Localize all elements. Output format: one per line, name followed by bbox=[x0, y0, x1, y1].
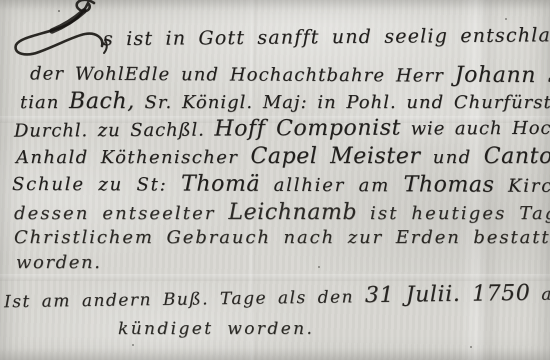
paper-speck bbox=[505, 18, 507, 20]
text-segment: Kirchhoff, bbox=[495, 176, 550, 197]
manuscript-line-1: s ist in Gott sanfft und seelig entschla… bbox=[103, 24, 550, 50]
name-bach: Bach, bbox=[69, 89, 135, 114]
text-segment: Schule zu St: bbox=[12, 174, 181, 196]
paper-speck bbox=[470, 346, 472, 348]
text-segment: ist heutiges Tages bbox=[357, 203, 550, 224]
text-segment: und bbox=[421, 147, 484, 168]
scanned-document: { "colors": { "paper": "#d8d7d2", "ink":… bbox=[0, 0, 550, 360]
text-segment: kündiget worden. bbox=[118, 319, 314, 339]
title-cantor: Cantor bbox=[484, 144, 550, 169]
manuscript-page: s ist in Gott sanfft und seelig entschla… bbox=[0, 0, 550, 360]
manuscript-line-2: der WohlEdle und Hochachtbahre Herr Joha… bbox=[30, 60, 550, 88]
manuscript-line-7: dessen entseelter Leichnamb ist heutiges… bbox=[14, 200, 550, 225]
word-leichnamb: Leichnamb bbox=[228, 200, 357, 225]
text-segment: Ist am andern Buß. Tage als den bbox=[4, 287, 365, 312]
text-segment: Christlichem Gebrauch nach zur Erden bes… bbox=[14, 227, 550, 248]
manuscript-line-8: Christlichem Gebrauch nach zur Erden bes… bbox=[14, 227, 550, 248]
text-segment: allhier am bbox=[260, 175, 403, 197]
text-segment: wie auch Hochfürstl. bbox=[401, 117, 550, 139]
text-segment: Sr. Königl. Maj: in Pohl. und Churfürstl… bbox=[135, 92, 550, 113]
text-segment: abge= bbox=[530, 284, 550, 305]
manuscript-line-11: kündiget worden. bbox=[118, 319, 314, 339]
manuscript-line-6: Schule zu St: Thomä allhier am Thomas Ki… bbox=[12, 171, 550, 198]
paper-speck bbox=[58, 10, 60, 12]
text-segment: dessen entseelter bbox=[14, 203, 228, 224]
manuscript-line-10: Ist am andern Buß. Tage als den 31 Julii… bbox=[4, 280, 550, 313]
text-segment: s ist in Gott sanfft und seelig entschla… bbox=[103, 24, 550, 50]
manuscript-line-4: Durchl. zu Sachßl. Hoff Componist wie au… bbox=[14, 114, 550, 142]
manuscript-line-9: worden. bbox=[16, 252, 102, 273]
text-segment: Anhald Köthenischer bbox=[16, 147, 250, 168]
paper-speck bbox=[318, 266, 320, 268]
place-st-thomae: Thomä bbox=[181, 172, 260, 197]
paper-speck bbox=[132, 344, 134, 346]
place-thomas-kirchhoff: Thomas bbox=[404, 172, 495, 197]
name-johann-sebastian-part: Johann Sebas= bbox=[455, 63, 550, 89]
paper-crease-horizontal bbox=[0, 274, 550, 281]
text-segment: worden. bbox=[16, 252, 102, 273]
text-segment: Durchl. zu Sachßl. bbox=[14, 120, 214, 142]
burial-announcement-date: 31 Julii. 1750 bbox=[365, 281, 531, 308]
text-segment: der WohlEdle und Hochachtbahre Herr bbox=[30, 63, 455, 86]
title-hoff-componist: Hoff Componist bbox=[214, 116, 401, 142]
title-capel-meister: Capel Meister bbox=[250, 144, 420, 169]
manuscript-line-3: tian Bach, Sr. Königl. Maj: in Pohl. und… bbox=[20, 89, 550, 114]
manuscript-line-5: Anhald Köthenischer Capel Meister und Ca… bbox=[16, 144, 550, 169]
text-segment: tian bbox=[20, 92, 69, 113]
